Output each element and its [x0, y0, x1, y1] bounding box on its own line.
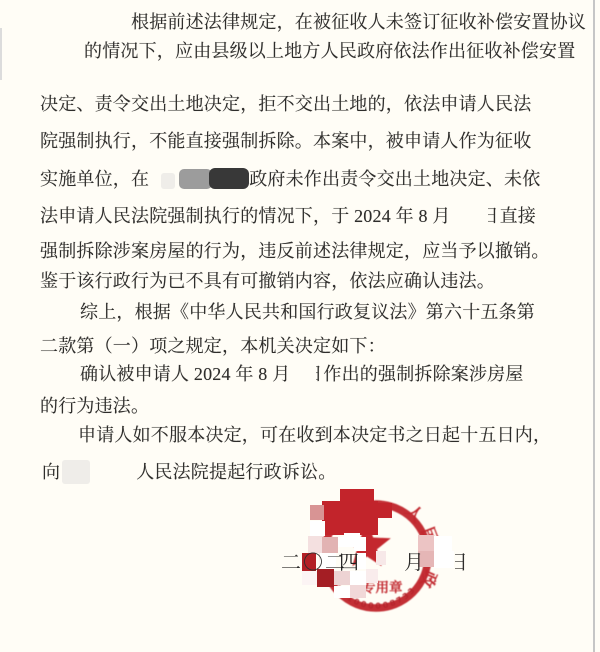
doc-text: 的情况下，应由县级以上地方人民政府依法作出征收补偿安置: [84, 41, 575, 61]
doc-text: 向: [42, 462, 60, 482]
doc-line: 决定、责令交出土地决定，拒不交出土地的，依法申请人民法: [40, 90, 531, 116]
redaction-mosaic-cell: [376, 551, 386, 565]
doc-line: 二款第（一）项之规定，本机关决定如下：: [40, 332, 386, 358]
doc-line: 强制拆除涉案房屋的行为，违反前述法律规定，应当予以撤销。: [40, 237, 550, 263]
doc-text: 根据前述法律规定，在被征收人未签订征收补偿安置协议: [131, 12, 586, 32]
scan-edge-line-left: [0, 28, 2, 80]
redaction-mosaic-cell: [434, 551, 454, 568]
doc-line: 法申请人民法院强制执行的情况下，于 2024 年 8 月日直接: [40, 202, 536, 228]
redaction-mosaic-cell: [310, 505, 324, 520]
doc-text: 鉴于该行政行为已不具有可撤销内容，依法应确认违法。: [40, 271, 495, 291]
redaction-block-faint: [161, 173, 175, 189]
doc-text: 申请人如不服本决定，可在收到本决定书之日起十五日内，: [78, 425, 551, 445]
doc-text: 的行为违法。: [40, 396, 149, 416]
doc-text: 直接: [500, 206, 536, 226]
scanned-document-page: 根据前述法律规定，在被征收人未签订征收补偿安置协议 的情况下，应由县级以上地方人…: [0, 0, 600, 652]
doc-line: 申请人如不服本决定，可在收到本决定书之日起十五日内，: [78, 421, 551, 447]
doc-text: 院强制执行，不能直接强制拆除。本案中，被申请人作为征收: [40, 131, 531, 151]
redaction-block-dark: [209, 168, 249, 189]
redaction-block-court: [62, 460, 90, 484]
redaction-mosaic-cell: [434, 536, 452, 552]
doc-text: 人民法院提起行政诉讼。: [136, 462, 336, 482]
date-prefix: 二〇二: [281, 546, 347, 575]
redaction-mosaic-cell: [334, 586, 350, 598]
date-partial-year-character: 四: [339, 546, 359, 575]
redaction-mosaic-cell: [322, 501, 378, 535]
seal-arc-text-1: 人: [402, 501, 431, 530]
doc-line: 的行为违法。: [40, 392, 149, 418]
date-partial-day-character: 日: [455, 546, 469, 575]
doc-text: 决定、责令交出土地决定，拒不交出土地的，依法申请人民法: [40, 94, 531, 114]
doc-line: 确认被申请人 2024 年 8 月日作出的强制拆除案涉房屋: [80, 360, 524, 386]
doc-text: 作出的强制拆除案涉房屋: [323, 364, 523, 384]
redaction-mosaic-cell: [350, 585, 366, 598]
scan-edge-line-right: [593, 0, 595, 652]
doc-text: 综上，根据《中华人民共和国行政复议法》第六十五条第: [80, 302, 535, 322]
redaction-mosaic-cell: [374, 503, 392, 518]
doc-text: 确认被申请人 2024 年 8 月: [80, 364, 290, 384]
doc-line: 根据前述法律规定，在被征收人未签订征收补偿安置协议: [131, 8, 586, 34]
redaction-mosaic-cell: [366, 569, 378, 583]
doc-text: 法申请人民法院强制执行的情况下，于 2024 年 8 月: [40, 206, 451, 226]
svg-text:人: 人: [402, 501, 431, 530]
doc-line: 院强制执行，不能直接强制拆除。本案中，被申请人作为征收: [40, 127, 531, 153]
doc-text: 二款第（一）项之规定，本机关决定如下：: [40, 336, 386, 356]
doc-line: 向人民法院提起行政诉讼。: [42, 458, 336, 484]
redaction-mosaic-cell: [310, 521, 325, 536]
date-month-character: 月: [404, 546, 424, 575]
doc-line: 实施单位，在政府未作出责令交出土地决定、未依: [40, 165, 540, 191]
doc-text: 强制拆除涉案房屋的行为，违反前述法律规定，应当予以撤销。: [40, 241, 550, 261]
redaction-block-gray: [179, 169, 212, 189]
doc-line: 的情况下，应由县级以上地方人民政府依法作出征收补偿安置: [84, 37, 575, 63]
doc-text: 实施单位，在: [40, 169, 149, 189]
doc-line: 鉴于该行政行为已不具有可撤销内容，依法应确认违法。: [40, 267, 495, 293]
partial-day-character: 日: [488, 202, 500, 228]
doc-text: 政府未作出责令交出土地决定、未依: [249, 169, 540, 189]
doc-line: 综上，根据《中华人民共和国行政复议法》第六十五条第: [80, 298, 535, 324]
